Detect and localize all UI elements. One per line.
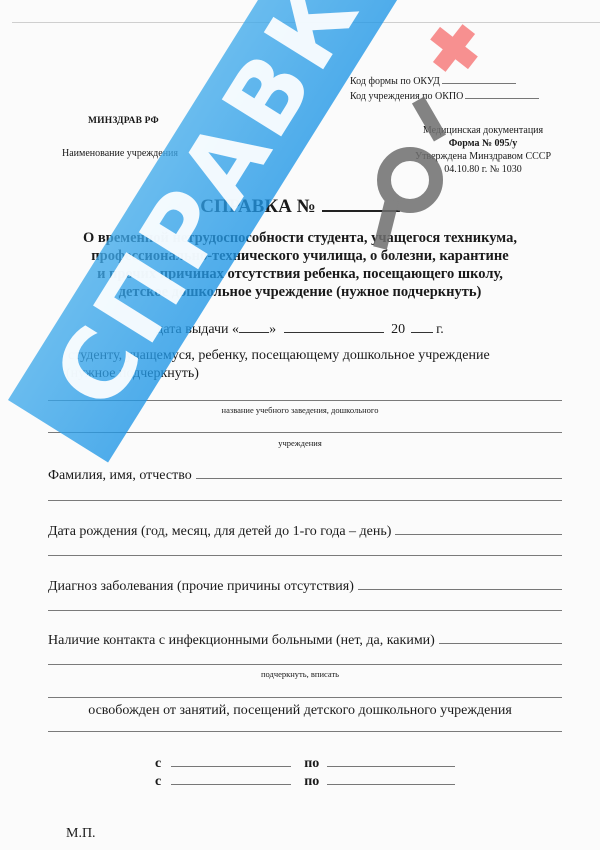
subtitle-line: и прочих причинах отсутствия ребенка, по… — [0, 265, 600, 283]
medical-certificate-page: Код формы по ОКУД Код учреждения по ОКПО… — [0, 0, 600, 850]
recipient-line2: (нужное подчеркнуть) — [66, 366, 199, 382]
subtitle-line: профессионально-технического училища, о … — [0, 247, 600, 265]
issue-month-field[interactable] — [284, 320, 384, 333]
certificate-number-field[interactable] — [322, 196, 400, 212]
diagnosis-field-row: Диагноз заболевания (прочие причины отсу… — [48, 579, 562, 595]
to-date-field[interactable] — [327, 774, 455, 785]
top-divider — [12, 22, 600, 23]
meddoc-approved: Утверждена Минздравом СССР — [398, 150, 568, 163]
exemption-period-row-1: с по — [155, 756, 455, 772]
diagnosis-label: Диагноз заболевания (прочие причины отсу… — [48, 579, 354, 595]
okpo-code-row: Код учреждения по ОКПО — [350, 89, 539, 102]
medical-cross-icon — [428, 22, 480, 74]
meddoc-line1: Медицинская документация — [398, 124, 568, 137]
contact-hint: подчеркнуть, вписать — [0, 669, 600, 679]
to-label: по — [304, 756, 319, 771]
full-name-label: Фамилия, имя, отчество — [48, 468, 192, 484]
year-prefix: 20 — [391, 322, 405, 337]
issue-date-row: дата выдачи «» 20 г. — [0, 320, 600, 338]
full-name-field-row: Фамилия, имя, отчество — [48, 468, 562, 484]
birth-date-field[interactable] — [395, 524, 562, 535]
to-date-field[interactable] — [327, 756, 455, 767]
issue-date-label: дата выдачи « — [156, 322, 239, 337]
okpo-label: Код учреждения по ОКПО — [350, 91, 463, 102]
full-name-line-2[interactable] — [48, 500, 562, 501]
institution-label: Наименование учреждения — [62, 148, 178, 159]
issue-day-field[interactable] — [239, 320, 269, 333]
okud-field[interactable] — [442, 74, 516, 84]
institution-line-1[interactable] — [48, 400, 562, 401]
form-number: Форма № 095/у — [398, 137, 568, 150]
birth-date-field-row: Дата рождения (год, месяц, для детей до … — [48, 524, 562, 540]
birth-date-label: Дата рождения (год, месяц, для детей до … — [48, 524, 391, 540]
okud-label: Код формы по ОКУД — [350, 76, 440, 87]
okud-code-row: Код формы по ОКУД — [350, 74, 516, 87]
institution-hint-1: название учебного заведения, дошкольного — [0, 405, 600, 415]
contact-field-row: Наличие контакта с инфекционными больным… — [48, 633, 562, 649]
from-date-field[interactable] — [171, 774, 291, 785]
certificate-subtitle: О временной нетрудоспособности студента,… — [0, 229, 600, 301]
institution-hint-2: учреждения — [0, 438, 600, 448]
full-name-field[interactable] — [196, 468, 562, 479]
to-label: по — [304, 774, 319, 789]
issue-year-field[interactable] — [411, 320, 433, 333]
contact-line-2[interactable] — [48, 664, 562, 665]
contact-field[interactable] — [439, 633, 562, 644]
exemption-period-row-2: с по — [155, 774, 455, 790]
from-date-field[interactable] — [171, 756, 291, 767]
exemption-text: освобожден от занятий, посещений детског… — [0, 703, 600, 719]
birth-date-line-2[interactable] — [48, 555, 562, 556]
stamp-placeholder: М.П. — [66, 826, 96, 842]
from-label: с — [155, 756, 161, 771]
meddoc-order: 04.10.80 г. № 1030 — [398, 163, 568, 176]
exemption-top-line[interactable] — [48, 697, 562, 698]
from-label: с — [155, 774, 161, 789]
ministry-name: МИНЗДРАВ РФ — [88, 116, 159, 126]
year-suffix: г. — [436, 322, 444, 337]
subtitle-line: детское дошкольное учреждение (нужное по… — [0, 283, 600, 301]
institution-line-2[interactable] — [48, 432, 562, 433]
medical-documentation-block: Медицинская документация Форма № 095/у У… — [398, 124, 568, 176]
certificate-title: СПРАВКА № — [0, 196, 600, 218]
exemption-bottom-line[interactable] — [48, 731, 562, 732]
subtitle-line: О временной нетрудоспособности студента,… — [0, 229, 600, 247]
diagnosis-field[interactable] — [358, 579, 562, 590]
recipient-line1: студенту, учащемуся, ребенку, посещающем… — [68, 348, 490, 364]
close-quote: » — [269, 322, 276, 337]
diagnosis-line-2[interactable] — [48, 610, 562, 611]
title-text: СПРАВКА № — [200, 196, 315, 217]
contact-label: Наличие контакта с инфекционными больным… — [48, 633, 435, 649]
okpo-field[interactable] — [465, 89, 539, 99]
